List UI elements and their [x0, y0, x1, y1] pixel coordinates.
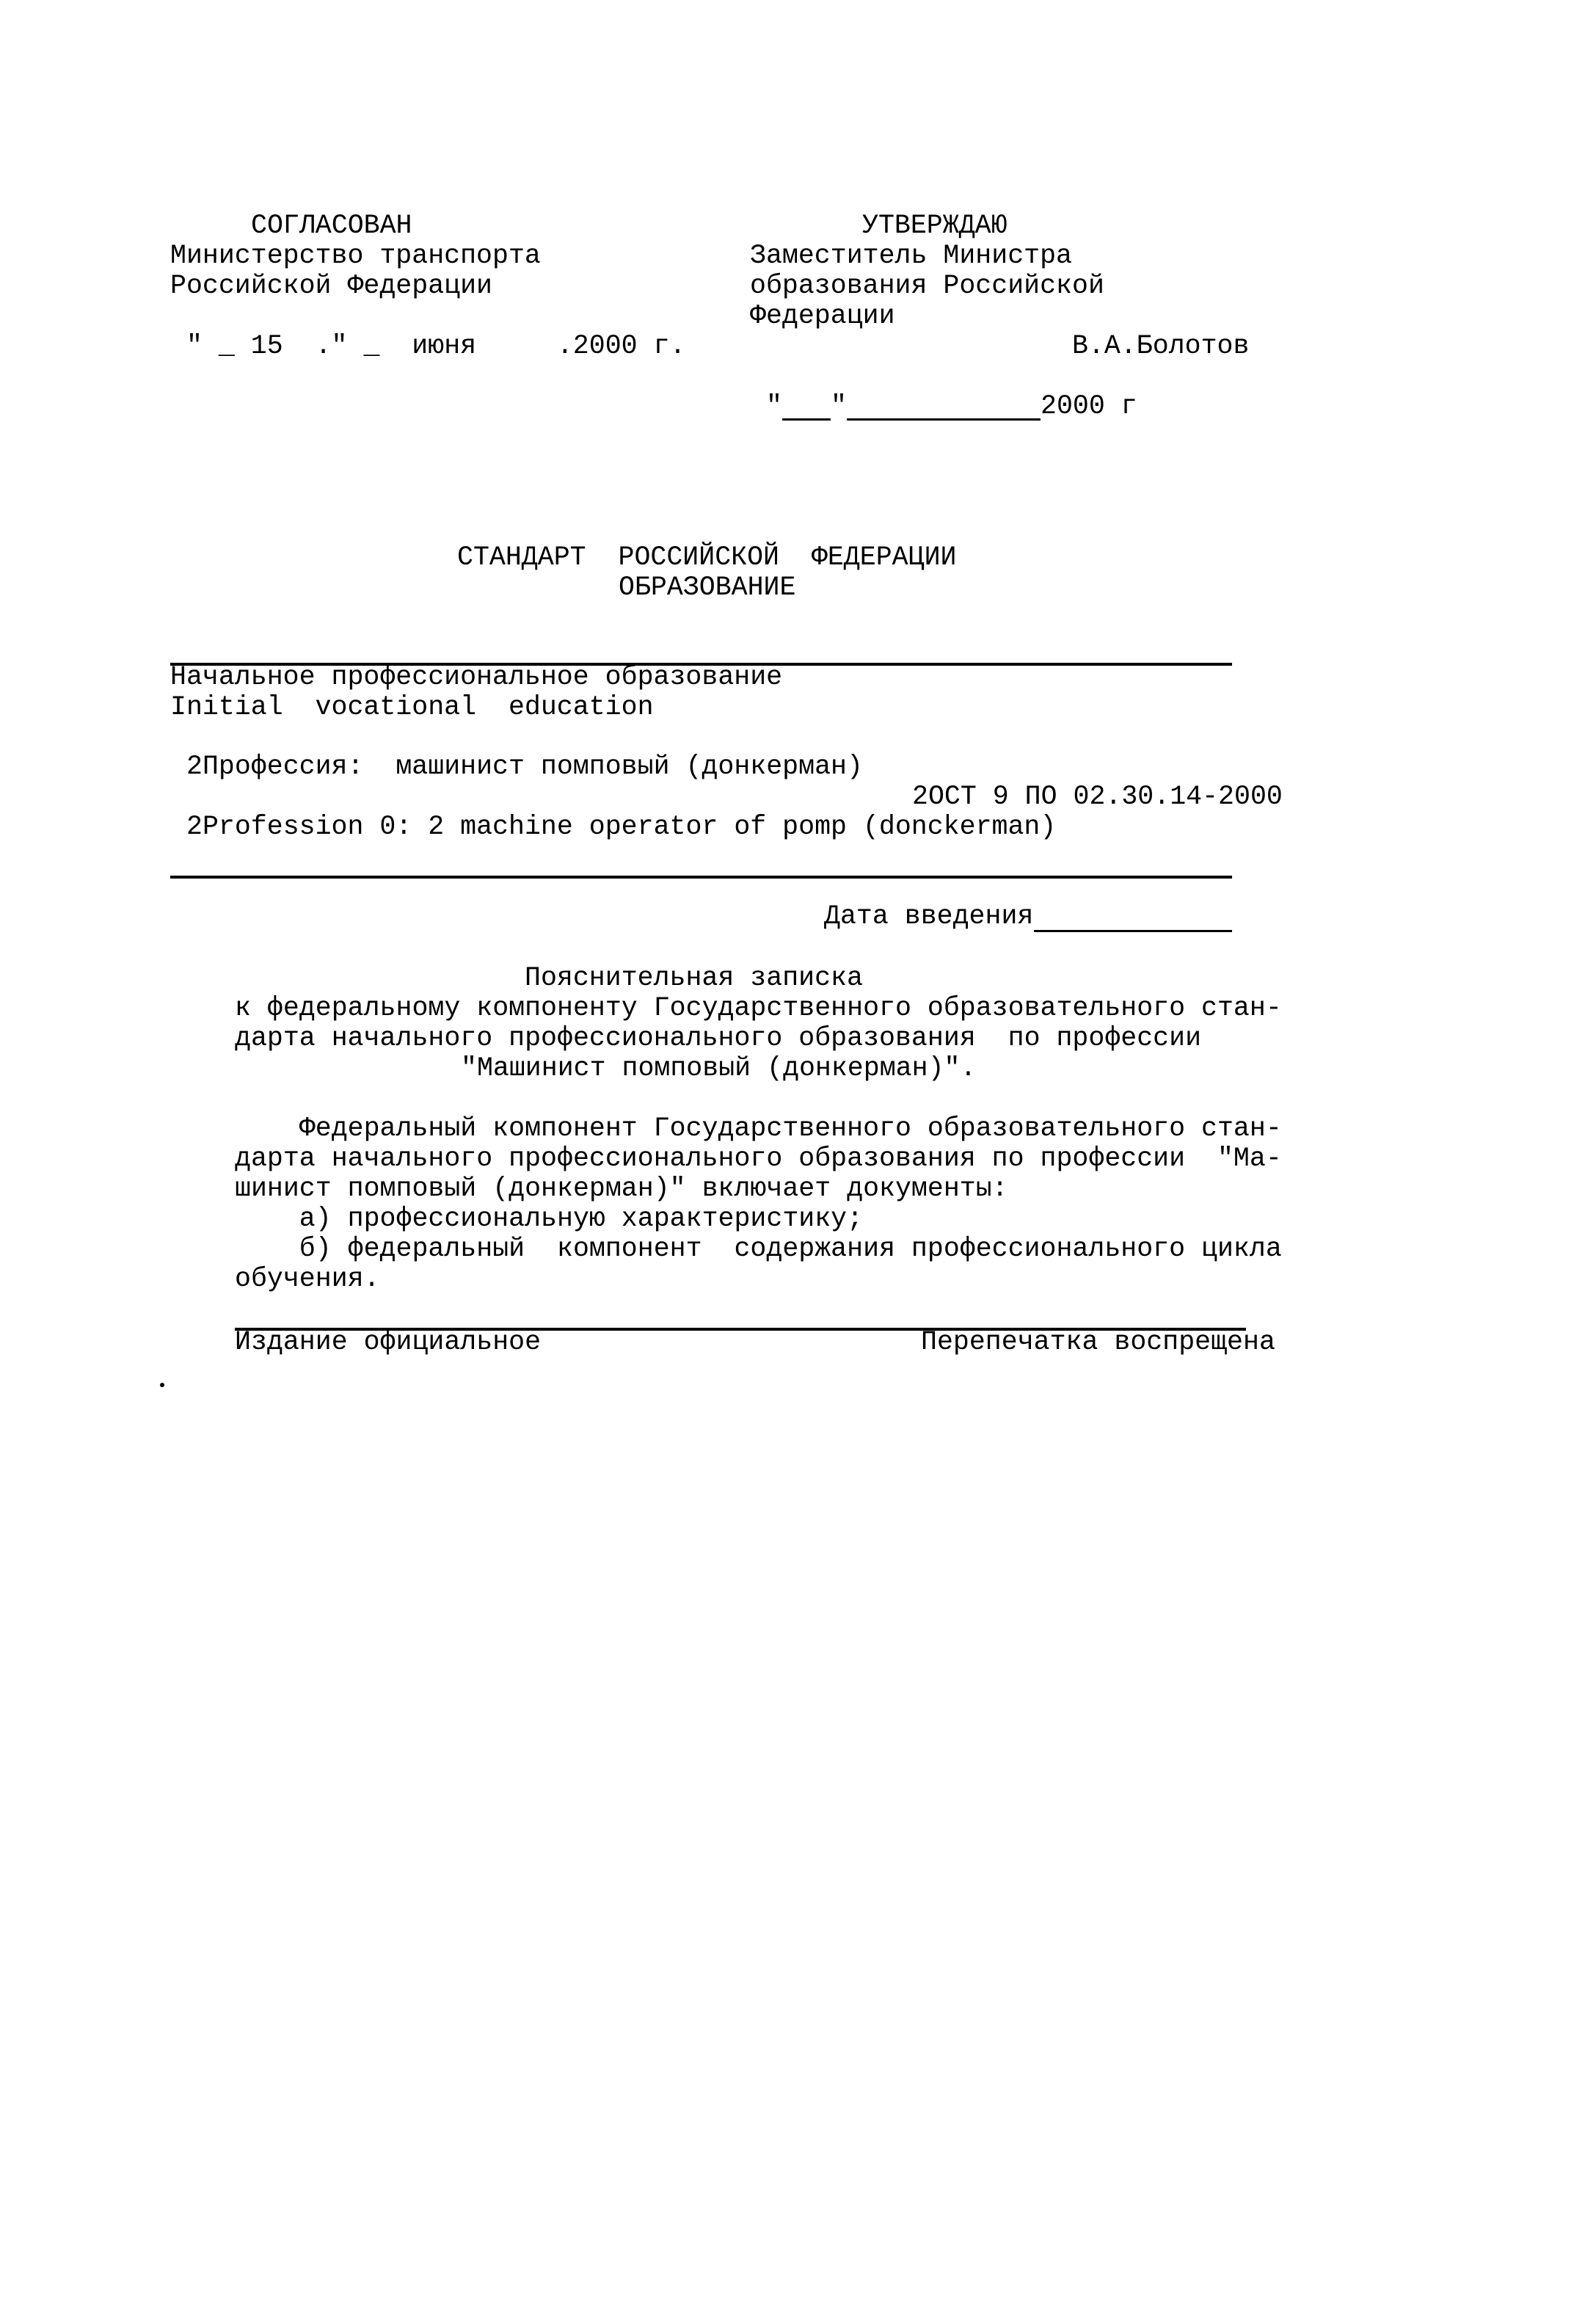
approved-date-quote-open: ": [766, 391, 782, 421]
body-line-last: обучения.: [235, 1264, 380, 1294]
agreed-org-line1: Министерство транспорта: [170, 241, 541, 271]
body-line3: шинист помповый (донкерман)" включает до…: [235, 1174, 1008, 1204]
note-subtitle-line1: к федеральному компоненту Государственно…: [235, 993, 1282, 1023]
body-line1: Федеральный компонент Государственного о…: [235, 1113, 1282, 1144]
agreed-org-line2: Российской Федерации: [170, 271, 492, 301]
approver-title-line2: образования Российской: [750, 271, 1104, 301]
approved-heading: УТВЕРЖДАЮ: [862, 211, 1007, 241]
list-item-b: б) федеральный компонент содержания проф…: [235, 1234, 1282, 1264]
introduction-date-label: Дата введения: [824, 901, 1033, 931]
approved-date-year: 2000 г: [1041, 391, 1137, 421]
approved-date-day-blank: [782, 418, 831, 421]
note-subtitle-line3: "Машинист помповый (донкерман)".: [461, 1053, 976, 1083]
stray-dot: [160, 1383, 164, 1387]
education-level-en: Initial vocational education: [170, 692, 654, 722]
agreed-heading: СОГЛАСОВАН: [251, 211, 412, 241]
agreed-date: " _ 15 ." _ июня .2000 г.: [186, 331, 685, 361]
approver-title-line3: Федерации: [750, 301, 895, 331]
middle-rule: [170, 876, 1232, 879]
introduction-date-blank: [1034, 930, 1232, 932]
title-line1: СТАНДАРТ РОССИЙСКОЙ ФЕДЕРАЦИИ: [457, 542, 956, 572]
list-item-a: а) профессиональную характеристику;: [235, 1204, 863, 1234]
footer-reprint-prohibited: Перепечатка воспрещена: [921, 1327, 1275, 1357]
body-line2: дарта начального профессионального образ…: [235, 1144, 1282, 1174]
approver-signatory: В.А.Болотов: [1072, 331, 1249, 361]
profession-en: 2Profession 0: 2 machine operator of pom…: [186, 812, 1056, 842]
approved-date-quote-close: ": [831, 391, 847, 421]
profession-ru: 2Профессия: машинист помповый (донкерман…: [186, 752, 863, 782]
standard-code: 2ОСТ 9 ПО 02.30.14-2000: [912, 782, 1283, 812]
footer-official-edition: Издание официальное: [235, 1327, 541, 1357]
approver-title-line1: Заместитель Министра: [750, 241, 1072, 271]
education-level-ru: Начальное профессиональное образование: [170, 662, 782, 692]
title-line2: ОБРАЗОВАНИЕ: [619, 572, 795, 603]
approved-date-month-blank: [847, 418, 1041, 421]
note-subtitle-line2: дарта начального профессионального образ…: [235, 1023, 1201, 1053]
note-title: Пояснительная записка: [525, 963, 863, 993]
